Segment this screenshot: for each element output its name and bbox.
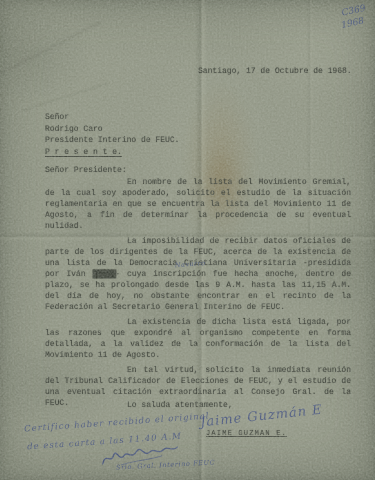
sender-typed-name: JAIME GUZMAN E. (206, 430, 287, 438)
corner-crease-2 (22, 82, 108, 111)
salutation: Señor Presidente: (45, 166, 127, 175)
letter-body: En nombre de la lista del Movimiento Gre… (45, 177, 351, 413)
corner-crease (0, 21, 102, 77)
certification-line-1: Certifico haber recibido el original (24, 412, 210, 435)
paragraph-3: La existencia de dicha lista está ligada… (45, 317, 351, 361)
archive-annotation: C369 1968 (341, 3, 370, 31)
paragraph-2: La imposibilidad de recibir datos oficia… (45, 236, 351, 313)
presente-line: P r e s e n t e. (45, 147, 179, 159)
recipient-role: Presidente Interino de FEUC. (45, 135, 179, 147)
crossed-out-name-wrap: ██████Navarro (92, 270, 115, 279)
dateline: Santiago, 17 de Octubre de 1968. (198, 67, 352, 76)
recipient-salutation: Señor (45, 112, 179, 124)
letter-page: C369 1968 Santiago, 17 de Octubre de 196… (0, 0, 375, 480)
recipient-block: Señor Rodrigo Caro Presidente Interino d… (45, 112, 179, 158)
closing-line: Lo saluda atentamente, (127, 401, 233, 410)
recipient-name: Rodrigo Caro (45, 124, 179, 136)
paragraph-1: En nombre de la lista del Movimiento Gre… (45, 177, 351, 232)
